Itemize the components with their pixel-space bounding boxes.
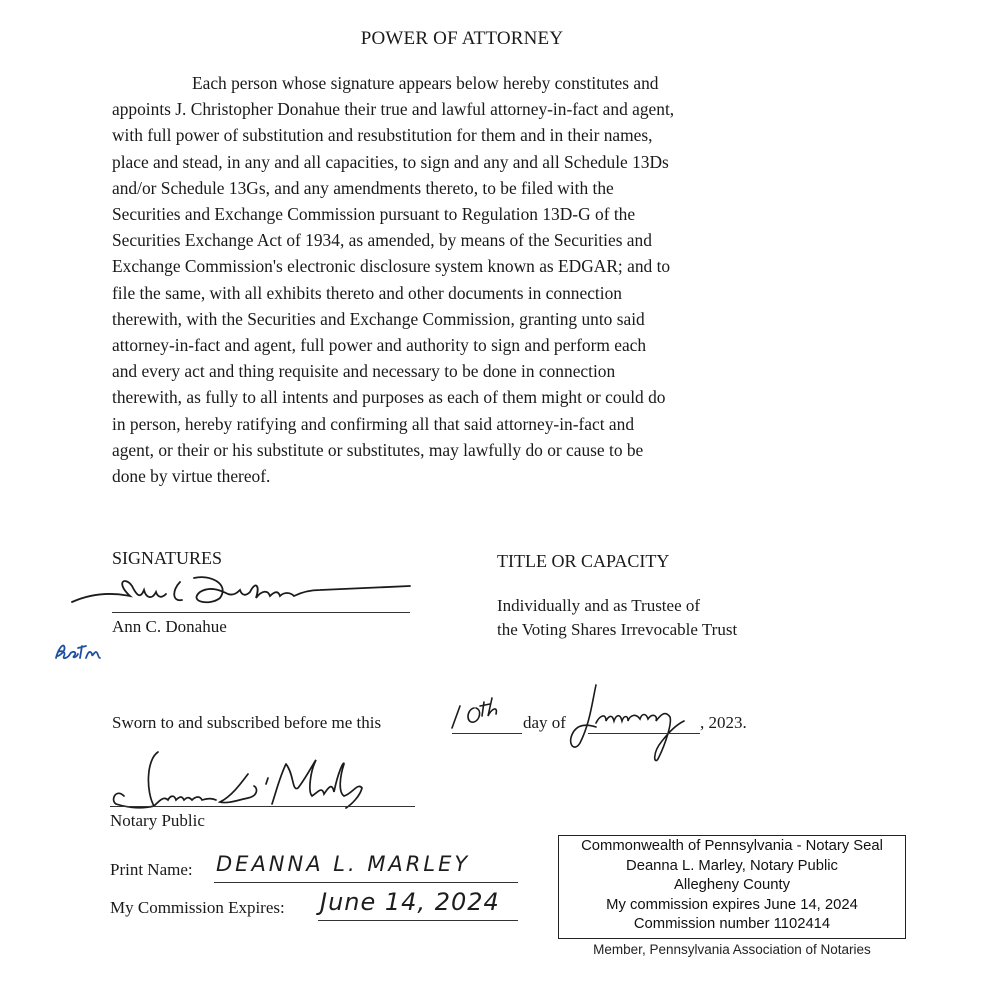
seal-line-3: Allegheny County [559,876,905,896]
body-line: place and stead, in any and all capaciti… [112,149,812,175]
notary-public-label: Notary Public [110,811,205,831]
commission-expires-label: My Commission Expires: [110,898,285,918]
seal-line-5: Commission number 1102414 [559,915,905,935]
body-line: and every act and thing requisite and ne… [112,358,812,384]
year-suffix: , 2023. [700,713,747,733]
commission-expires-value: June 14, 2024 [320,888,500,916]
day-handwritten [450,698,522,738]
body-line: therewith, as fully to all intents and p… [112,384,812,410]
signer-name: Ann C. Donahue [112,617,227,637]
body-line: Securities and Exchange Commission pursu… [112,201,812,227]
notary-signature-line [110,806,415,807]
print-name-value: DEANNA L. MARLEY [216,852,470,876]
print-name-line [214,882,518,883]
signatures-heading: SIGNATURES [112,548,222,569]
document-title: POWER OF ATTORNEY [0,28,924,50]
body-line: appoints J. Christopher Donahue their tr… [112,96,812,122]
initials-mark [52,640,112,662]
seal-line-1: Commonwealth of Pennsylvania - Notary Se… [559,837,905,857]
day-of-label: day of [523,713,566,733]
day-line [452,733,522,734]
body-line: done by virtue thereof. [112,463,812,489]
body-line: Exchange Commission's electronic disclos… [112,253,812,279]
capacity-heading: TITLE OR CAPACITY [497,551,669,572]
signature-line [112,612,410,613]
body-line: with full power of substitution and resu… [112,122,812,148]
body-line: file the same, with all exhibits thereto… [112,280,812,306]
body-line: agent, or their or his substitute or sub… [112,437,812,463]
seal-line-2: Deanna L. Marley, Notary Public [559,857,905,877]
commission-line [318,920,518,921]
body-line: Each person whose signature appears belo… [112,70,812,96]
body-line: Securities Exchange Act of 1934, as amen… [112,227,812,253]
body-line: and/or Schedule 13Gs, and any amendments… [112,175,812,201]
print-name-label: Print Name: [110,860,193,880]
body-line: in person, hereby ratifying and confirmi… [112,411,812,437]
capacity-line-1: Individually and as Trustee of [497,596,700,616]
body-line: therewith, with the Securities and Excha… [112,306,812,332]
month-line [588,733,700,734]
sworn-prefix: Sworn to and subscribed before me this [112,713,381,732]
body-line: attorney-in-fact and agent, full power a… [112,332,812,358]
notary-seal-stamp: Commonwealth of Pennsylvania - Notary Se… [558,835,906,939]
seal-footer: Member, Pennsylvania Association of Nota… [558,942,906,957]
seal-line-4: My commission expires June 14, 2024 [559,896,905,916]
month-handwritten [566,683,706,763]
sworn-statement: Sworn to and subscribed before me this [112,713,381,733]
body-paragraph: Each person whose signature appears belo… [112,70,812,489]
capacity-line-2: the Voting Shares Irrevocable Trust [497,620,737,640]
notary-signature [108,752,448,814]
signer-signature [70,572,420,612]
